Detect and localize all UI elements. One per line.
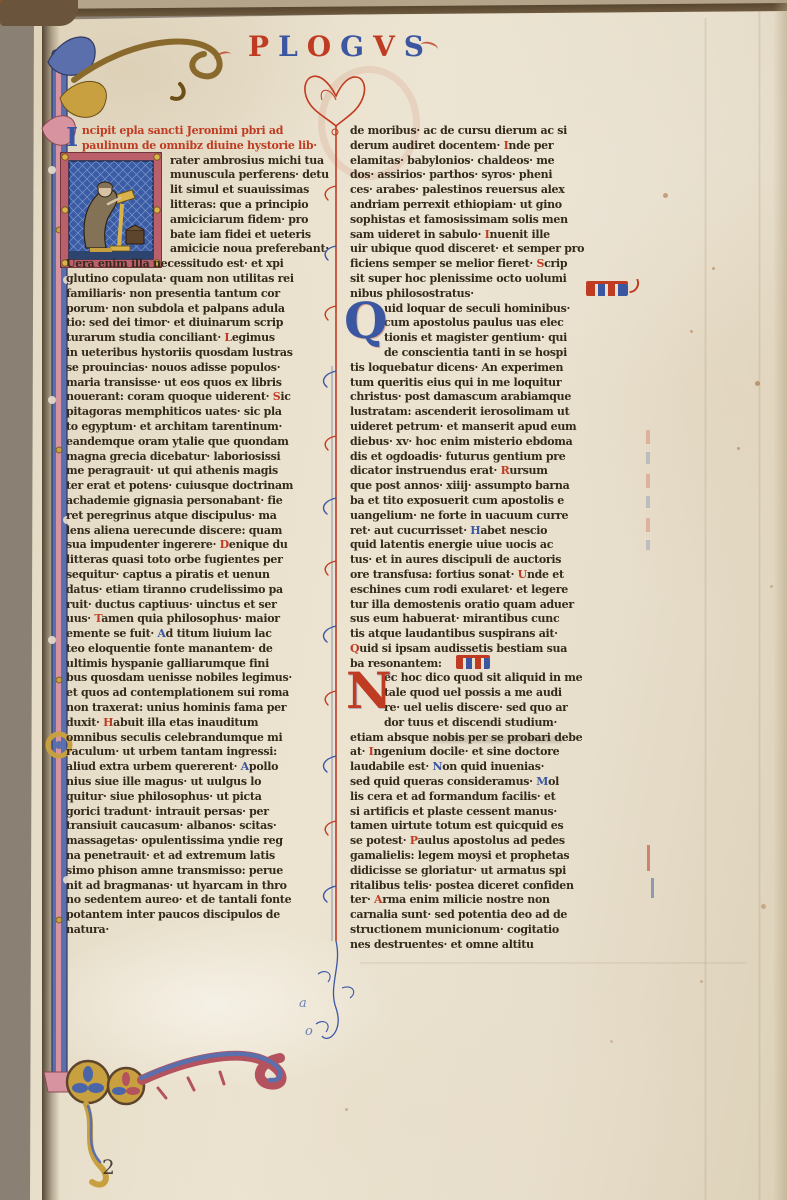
text-line: dos· assirios· parthos· syros· pheni bbox=[350, 168, 646, 183]
text-segment: sam uideret in sabulo· bbox=[350, 228, 485, 241]
text-segment: elamitas· babylonios· chaldeos· me bbox=[350, 154, 554, 167]
text-segment: quid latentis energie uiue uocis ac bbox=[350, 538, 553, 551]
text-segment: de conscientia tanti in se hospi bbox=[384, 346, 567, 359]
text-segment: nes destruentes· et omne altitu bbox=[350, 938, 534, 951]
text-line: elamitas· babylonios· chaldeos· me bbox=[350, 154, 646, 169]
text-segment: lit simul et suauissimas bbox=[170, 183, 309, 196]
text-segment: cum apostolus paulus uas elec bbox=[384, 316, 563, 329]
paragraph-mark bbox=[456, 658, 490, 669]
text-line: ret· aut cucurrisset· Habet nescio bbox=[350, 524, 646, 539]
text-segment: at· bbox=[350, 745, 369, 758]
vertical-crease bbox=[758, 8, 761, 1200]
text-segment: ter erat et potens· cuiusque doctrinam bbox=[66, 479, 293, 492]
text-line: achademie gignasia personabant· fie bbox=[66, 494, 352, 509]
text-line: et quos ad contemplationem sui roma bbox=[66, 686, 352, 701]
text-line: uus· Tamen quia philosophus· maior bbox=[66, 612, 352, 627]
text-line: rater ambrosius michi tua bbox=[66, 154, 352, 169]
text-line: derum audiret docentem· Inde per bbox=[350, 139, 646, 154]
text-line: lis cera et ad formandum facilis· et bbox=[350, 790, 646, 805]
text-segment: amiciciarum fidem· pro bbox=[170, 213, 308, 226]
text-line: laudabile est· Non quid inuenias· bbox=[350, 760, 646, 775]
text-segment: ficiens semper se melior fieret· bbox=[350, 257, 536, 270]
text-segment: teo eloquentie fonte manantem· de bbox=[66, 642, 273, 655]
text-segment: se prouincias· nouos adisse populos· bbox=[66, 361, 280, 374]
text-segment: aliud extra urbem quererent· bbox=[66, 760, 241, 773]
initial-q: Q bbox=[344, 296, 388, 346]
text-segment: abuit illa etas inauditum bbox=[113, 716, 258, 729]
text-segment: tis loquebatur dicens· An experimen bbox=[350, 361, 563, 374]
text-line: uangelium· ne forte in uacuum curre bbox=[350, 509, 646, 524]
text-segment: structionem municionum· cogitatio bbox=[350, 923, 559, 936]
text-line: uideret petrum· et manserit apud eum bbox=[350, 420, 646, 435]
text-line: at· Ingenium docile· et sine doctore bbox=[350, 745, 646, 760]
text-segment: in ueteribus hystoriis quosdam lustras bbox=[66, 346, 293, 359]
text-segment: glutino copulata· quam non utilitas rei bbox=[66, 272, 294, 285]
text-line: structionem municionum· cogitatio bbox=[350, 923, 646, 938]
text-segment: abet nescio bbox=[480, 524, 547, 537]
text-line: na penetrauit· et ad extremum latis bbox=[66, 849, 352, 864]
text-segment: litteras quasi toto orbe fugientes per bbox=[66, 553, 283, 566]
folio-number: 2 bbox=[102, 1155, 115, 1179]
text-segment: N bbox=[432, 760, 442, 773]
text-line: de moribus· ac de cursu dierum ac si bbox=[350, 124, 646, 139]
text-segment: pollo bbox=[249, 760, 278, 773]
text-segment: sequitur· captus a piratis et uenun bbox=[66, 568, 270, 581]
text-segment: se potest· bbox=[350, 834, 410, 847]
title-letter: V bbox=[373, 30, 404, 63]
text-segment: turarum studia conciliant· bbox=[66, 331, 224, 344]
text-line: sophistas et famosissimam solis men bbox=[350, 213, 646, 228]
text-line: re· uel uelis discere· sed quo ar bbox=[350, 701, 646, 716]
text-line: lustratam: ascenderit ierosolimam ut bbox=[350, 405, 646, 420]
text-line: se prouincias· nouos adisse populos· bbox=[66, 361, 352, 376]
text-segment: rater ambrosius michi tua bbox=[170, 154, 324, 167]
text-line: tis loquebatur dicens· An experimen bbox=[350, 361, 646, 376]
text-segment: ritalibus telis· postea diceret confiden bbox=[350, 879, 574, 892]
text-line: bus quosdam uenisse nobiles legimus· bbox=[66, 671, 352, 686]
text-segment: carnalia sunt· sed potentia deo ad de bbox=[350, 908, 567, 921]
manuscript-photo: PLOGVS bbox=[0, 0, 787, 1200]
text-segment: christus· post damascum arabiamque bbox=[350, 390, 571, 403]
text-segment: re· uel uelis discere· sed quo ar bbox=[384, 701, 568, 714]
text-line: quid latentis energie uiue uocis ac bbox=[350, 538, 646, 553]
text-segment: transiuit caucasum· albanos· scitas· bbox=[66, 819, 276, 832]
text-segment: ore transfusa: fortius sonat· bbox=[350, 568, 518, 581]
text-segment: bate iam fidei et ueteris bbox=[170, 228, 311, 241]
text-segment: sed quid queras consideramus· bbox=[350, 775, 536, 788]
text-line: cum apostolus paulus uas elec bbox=[350, 316, 646, 331]
text-line: no sedentem aureo· et de tantali fonte bbox=[66, 893, 352, 908]
text-line: paulinum de omnibz diuine hystorie lib· bbox=[66, 139, 352, 154]
text-line: andriam perrexit ethiopiam· ut gino bbox=[350, 198, 646, 213]
text-segment: potantem inter paucos discipulos de bbox=[66, 908, 280, 921]
text-line: ret peregrinus atque discipulus· ma bbox=[66, 509, 352, 524]
text-segment: nit ad bragmanas· ut hyarcam in thro bbox=[66, 879, 287, 892]
paragraph-mark bbox=[586, 284, 628, 296]
text-line: omnibus seculis celebrandumque mi bbox=[66, 731, 352, 746]
text-segment: nuenit ille bbox=[490, 228, 550, 241]
text-line: turarum studia conciliant· Legimus bbox=[66, 331, 352, 346]
text-segment: gamalielis: legem moysi et prophetas bbox=[350, 849, 569, 862]
text-segment: rma enim milicie nostre non bbox=[382, 893, 549, 906]
text-segment: ec hoc dico quod sit aliquid in me bbox=[384, 671, 582, 684]
text-segment: porum· non subdola et palpans adula bbox=[66, 302, 285, 315]
text-segment: lis cera et ad formandum facilis· et bbox=[350, 790, 555, 803]
vertical-crease bbox=[704, 18, 707, 1200]
text-line: non traxerat: unius hominis fama per bbox=[66, 701, 352, 716]
text-segment: I bbox=[66, 126, 78, 150]
text-line: sed quid queras consideramus· Mol bbox=[350, 775, 646, 790]
text-segment: eandemque oram ytalie que quondam bbox=[66, 435, 289, 448]
text-segment: duxit· bbox=[66, 716, 103, 729]
text-segment: tum queritis eius qui in me loquitur bbox=[350, 376, 561, 389]
text-segment: etiam absque nobis per se probari debe bbox=[350, 731, 582, 744]
text-segment: dis et ogdoadis· futurus gentium pre bbox=[350, 450, 565, 463]
text-segment: tionis et magister gentium· qui bbox=[384, 331, 567, 344]
text-line: tur illa demostenis oratio quam aduer bbox=[350, 598, 646, 613]
text-line: christus· post damascum arabiamque bbox=[350, 390, 646, 405]
text-segment: ces· arabes· palestinos reuersus alex bbox=[350, 183, 565, 196]
text-segment: ruit· ductus captiuus· uinctus et ser bbox=[66, 598, 277, 611]
text-line: lit simul et suauissimas bbox=[66, 183, 352, 198]
text-segment: nde per bbox=[508, 139, 553, 152]
text-segment: A bbox=[241, 760, 249, 773]
text-line: datus· etiam tiranno crudelissimo pa bbox=[66, 583, 352, 598]
text-line: nit ad bragmanas· ut hyarcam in thro bbox=[66, 879, 352, 894]
text-segment: uid si ipsam audissetis bestiam sua bbox=[359, 642, 567, 655]
text-segment: andriam perrexit ethiopiam· ut gino bbox=[350, 198, 562, 211]
text-line: maria transisse· ut eos quos ex libris bbox=[66, 376, 352, 391]
text-line: bate iam fidei et ueteris bbox=[66, 228, 352, 243]
text-segment: H bbox=[470, 524, 480, 537]
text-line: ultimis hyspanie galliarumque fini bbox=[66, 657, 352, 672]
text-segment: to egyptum· et architam tarentinum· bbox=[66, 420, 282, 433]
text-segment: nouerant: coram quoque uiderent· bbox=[66, 390, 273, 403]
text-segment: laudabile est· bbox=[350, 760, 432, 773]
text-line: se potest· Paulus apostolus ad pedes bbox=[350, 834, 646, 849]
text-line: me peragrauit· ut qui athenis magis bbox=[66, 464, 352, 479]
text-line: ba et tito exposuerit cum apostolis e bbox=[350, 494, 646, 509]
text-segment: lens aliena uerecunde discere: quam bbox=[66, 524, 282, 537]
text-segment: uir ubique quod disceret· et semper pro bbox=[350, 242, 584, 255]
initial-n: N bbox=[346, 666, 392, 716]
text-line: lens aliena uerecunde discere: quam bbox=[66, 524, 352, 539]
text-segment: litteras: que a principio bbox=[170, 198, 308, 211]
text-line: ter· Arma enim milicie nostre non bbox=[350, 893, 646, 908]
text-segment: amicicie noua preferebant· bbox=[170, 242, 329, 255]
text-line: gamalielis: legem moysi et prophetas bbox=[350, 849, 646, 864]
text-segment: ret peregrinus atque discipulus· ma bbox=[66, 509, 277, 522]
text-segment: tis atque laudantibus suspirans ait· bbox=[350, 627, 558, 640]
text-line: tis atque laudantibus suspirans ait· bbox=[350, 627, 646, 642]
text-segment: massagetas· opulentissima yndie reg bbox=[66, 834, 283, 847]
text-segment: S bbox=[536, 257, 544, 270]
text-segment: ngenium docile· et sine doctore bbox=[374, 745, 560, 758]
text-line: carnalia sunt· sed potentia deo ad de bbox=[350, 908, 646, 923]
text-line: natura· bbox=[66, 923, 352, 938]
text-line: ba resonantem: bbox=[350, 657, 646, 672]
text-line: Quid si ipsam audissetis bestiam sua bbox=[350, 642, 646, 657]
text-line: amiciciarum fidem· pro bbox=[66, 213, 352, 228]
text-line: si artificis et plaste cessent manus· bbox=[350, 805, 646, 820]
text-segment: d titum liuium lac bbox=[166, 627, 272, 640]
text-segment: ic bbox=[280, 390, 290, 403]
text-segment: non traxerat: unius hominis fama per bbox=[66, 701, 286, 714]
text-segment: eschines cum rodi exularet· et legere bbox=[350, 583, 568, 596]
text-segment: munuscula perferens· detu bbox=[170, 168, 329, 181]
text-segment: L bbox=[224, 331, 231, 344]
text-line: amicicie noua preferebant· bbox=[66, 242, 352, 257]
text-segment: nde et bbox=[527, 568, 564, 581]
text-line: uir ubique quod disceret· et semper pro bbox=[350, 242, 646, 257]
text-segment: no sedentem aureo· et de tantali fonte bbox=[66, 893, 291, 906]
page-right-edge bbox=[773, 0, 787, 1200]
text-line: sus eum habuerat· mirantibus cunc bbox=[350, 612, 646, 627]
text-line: aliud extra urbem quererent· Apollo bbox=[66, 760, 352, 775]
text-line: Uera enim illa necessitudo est· et xpi bbox=[66, 257, 352, 272]
text-line: nouerant: coram quoque uiderent· Sic bbox=[66, 390, 352, 405]
text-segment: achademie gignasia personabant· fie bbox=[66, 494, 282, 507]
text-line: eandemque oram ytalie que quondam bbox=[66, 435, 352, 450]
text-segment: paulinum de omnibz diuine hystorie lib· bbox=[82, 139, 317, 152]
text-line: ficiens semper se melior fieret· Scrip bbox=[350, 257, 646, 272]
text-line: tus· et in aures discipuli de auctoris bbox=[350, 553, 646, 568]
text-line: diebus· xv· hoc enim misterio ebdoma bbox=[350, 435, 646, 450]
text-line: teo eloquentie fonte manantem· de bbox=[66, 642, 352, 657]
text-line: tale quod uel possis a me audi bbox=[350, 686, 646, 701]
text-segment: ter· bbox=[350, 893, 374, 906]
text-segment: pitagoras memphiticos uates· sic pla bbox=[66, 405, 282, 418]
text-segment: si artificis et plaste cessent manus· bbox=[350, 805, 557, 818]
text-segment: dos· assirios· parthos· syros· pheni bbox=[350, 168, 552, 181]
text-segment: dicator instruendus erat· bbox=[350, 464, 501, 477]
text-line: ter erat et potens· cuiusque doctrinam bbox=[66, 479, 352, 494]
text-segment: uideret petrum· et manserit apud eum bbox=[350, 420, 576, 433]
text-line: didicisse se gloriatur· ut armatus spi bbox=[350, 864, 646, 879]
text-segment: tur illa demostenis oratio quam aduer bbox=[350, 598, 574, 611]
text-segment: aulus apostolus ad pedes bbox=[417, 834, 564, 847]
horizontal-crease bbox=[360, 962, 747, 965]
text-segment: H bbox=[103, 716, 113, 729]
text-line: munuscula perferens· detu bbox=[66, 168, 352, 183]
text-line: ces· arabes· palestinos reuersus alex bbox=[350, 183, 646, 198]
left-column: Incipit epla sancti Jeronimi pbri adpaul… bbox=[66, 124, 352, 938]
text-line: ec hoc dico quod sit aliquid in me bbox=[350, 671, 646, 686]
text-segment: Q bbox=[350, 642, 359, 655]
text-line: sequitur· captus a piratis et uenun bbox=[66, 568, 352, 583]
text-line: potantem inter paucos discipulos de bbox=[66, 908, 352, 923]
text-segment: lustratam: ascenderit ierosolimam ut bbox=[350, 405, 569, 418]
margin-mark-red bbox=[647, 845, 650, 871]
text-segment: emente se fuit· bbox=[66, 627, 157, 640]
text-segment: tio: sed dei timor· et diuinarum scrip bbox=[66, 316, 283, 329]
text-segment: na penetrauit· et ad extremum latis bbox=[66, 849, 275, 862]
text-segment: bus quosdam uenisse nobiles legimus· bbox=[66, 671, 292, 684]
text-line: duxit· Habuit illa etas inauditum bbox=[66, 716, 352, 731]
text-line: litteras: que a principio bbox=[66, 198, 352, 213]
text-line: uid loquar de seculi hominibus· bbox=[350, 302, 646, 317]
text-line: nes destruentes· et omne altitu bbox=[350, 938, 646, 953]
pen-trial-letter: o bbox=[305, 1024, 313, 1039]
text-line: emente se fuit· Ad titum liuium lac bbox=[66, 627, 352, 642]
text-line: litteras quasi toto orbe fugientes per bbox=[66, 553, 352, 568]
text-segment: M bbox=[536, 775, 548, 788]
text-line: tionis et magister gentium· qui bbox=[350, 331, 646, 346]
text-segment: omnibus seculis celebrandumque mi bbox=[66, 731, 282, 744]
text-segment: maria transisse· ut eos quos ex libris bbox=[66, 376, 282, 389]
text-segment: dor tuus et discendi studium· bbox=[384, 716, 557, 729]
text-line: sua impudenter ingerere· Denique du bbox=[66, 538, 352, 553]
text-segment: enique du bbox=[229, 538, 288, 551]
text-line: dicator instruendus erat· Rursum bbox=[350, 464, 646, 479]
text-segment: uus· bbox=[66, 612, 94, 625]
text-segment: on quid inuenias· bbox=[442, 760, 544, 773]
text-segment: raculum· ut urbem tantam ingressi: bbox=[66, 745, 277, 758]
text-segment: quitur· siue philosophus· ut picta bbox=[66, 790, 262, 803]
text-line: de conscientia tanti in se hospi bbox=[350, 346, 646, 361]
text-line: familiaris· non presentia tantum cor bbox=[66, 287, 352, 302]
text-line: transiuit caucasum· albanos· scitas· bbox=[66, 819, 352, 834]
text-line: massagetas· opulentissima yndie reg bbox=[66, 834, 352, 849]
text-line: magna grecia dicebatur· laboriosissi bbox=[66, 450, 352, 465]
text-segment: didicisse se gloriatur· ut armatus spi bbox=[350, 864, 566, 877]
text-segment: ultimis hyspanie galliarumque fini bbox=[66, 657, 269, 670]
text-line: tio: sed dei timor· et diuinarum scrip bbox=[66, 316, 352, 331]
text-line: ruit· ductus captiuus· uinctus et ser bbox=[66, 598, 352, 613]
show-through-marks bbox=[646, 430, 650, 550]
text-segment: ba et tito exposuerit cum apostolis e bbox=[350, 494, 564, 507]
text-segment: sus eum habuerat· mirantibus cunc bbox=[350, 612, 559, 625]
right-column: de moribus· ac de cursu dierum ac sideru… bbox=[350, 124, 646, 953]
text-line: ritalibus telis· postea diceret confiden bbox=[350, 879, 646, 894]
text-line: nius siue ille magus· ut uulgus lo bbox=[66, 775, 352, 790]
text-segment: datus· etiam tiranno crudelissimo pa bbox=[66, 583, 283, 596]
text-line: ore transfusa: fortius sonat· Unde et bbox=[350, 568, 646, 583]
text-line: simo phison amne transmisso: perue bbox=[66, 864, 352, 879]
text-segment: sophistas et famosissimam solis men bbox=[350, 213, 568, 226]
text-line: Incipit epla sancti Jeronimi pbri ad bbox=[66, 124, 352, 139]
text-segment: me peragrauit· ut qui athenis magis bbox=[66, 464, 278, 477]
text-segment: magna grecia dicebatur· laboriosissi bbox=[66, 450, 280, 463]
margin-mark-blue bbox=[651, 878, 654, 898]
text-line: tum queritis eius qui in me loquitur bbox=[350, 376, 646, 391]
text-segment: ret· aut cucurrisset· bbox=[350, 524, 470, 537]
text-segment: amen quia philosophus· maior bbox=[101, 612, 280, 625]
text-segment: diebus· xv· hoc enim misterio ebdoma bbox=[350, 435, 572, 448]
text-line: raculum· ut urbem tantam ingressi: bbox=[66, 745, 352, 760]
text-segment: et quos ad contemplationem sui roma bbox=[66, 686, 289, 699]
text-line: in ueteribus hystoriis quosdam lustras bbox=[66, 346, 352, 361]
text-line: gorici tradunt· intrauit persas· per bbox=[66, 805, 352, 820]
text-line: pitagoras memphiticos uates· sic pla bbox=[66, 405, 352, 420]
text-segment: gorici tradunt· intrauit persas· per bbox=[66, 805, 269, 818]
text-segment: uid loquar de seculi hominibus· bbox=[384, 302, 570, 315]
text-segment: crip bbox=[544, 257, 567, 270]
text-segment: tus· et in aures discipuli de auctoris bbox=[350, 553, 561, 566]
text-segment: que post annos· xiiij· assumpto barna bbox=[350, 479, 569, 492]
text-line: tamen uirtute totum est quicquid es bbox=[350, 819, 646, 834]
text-segment: tale quod uel possis a me audi bbox=[384, 686, 562, 699]
text-segment: nius siue ille magus· ut uulgus lo bbox=[66, 775, 261, 788]
text-segment: A bbox=[157, 627, 165, 640]
text-line: eschines cum rodi exularet· et legere bbox=[350, 583, 646, 598]
text-segment: egimus bbox=[232, 331, 275, 344]
text-segment: familiaris· non presentia tantum cor bbox=[66, 287, 280, 300]
text-segment: sit super hoc plenissime octo uolumi bbox=[350, 272, 567, 285]
pen-trial-letter: a bbox=[299, 996, 307, 1011]
text-segment: uangelium· ne forte in uacuum curre bbox=[350, 509, 568, 522]
text-line: que post annos· xiiij· assumpto barna bbox=[350, 479, 646, 494]
text-segment: natura· bbox=[66, 923, 109, 936]
text-segment: Uera enim illa necessitudo est· et xpi bbox=[66, 257, 284, 270]
text-line: sam uideret in sabulo· Inuenit ille bbox=[350, 228, 646, 243]
text-line: quitur· siue philosophus· ut picta bbox=[66, 790, 352, 805]
foxing-spots bbox=[0, 0, 3, 3]
text-segment: derum audiret docentem· bbox=[350, 139, 504, 152]
text-line: dor tuus et discendi studium· bbox=[350, 716, 646, 731]
text-segment: ncipit epla sancti Jeronimi pbri ad bbox=[82, 124, 283, 137]
text-segment: simo phison amne transmisso: perue bbox=[66, 864, 283, 877]
text-line: porum· non subdola et palpans adula bbox=[66, 302, 352, 317]
text-line: etiam absque nobis per se probari debe bbox=[350, 731, 646, 746]
text-segment: sua impudenter ingerere· bbox=[66, 538, 220, 551]
text-line: dis et ogdoadis· futurus gentium pre bbox=[350, 450, 646, 465]
text-segment: U bbox=[518, 568, 527, 581]
text-segment: ol bbox=[548, 775, 559, 788]
text-line: glutino copulata· quam non utilitas rei bbox=[66, 272, 352, 287]
text-line: to egyptum· et architam tarentinum· bbox=[66, 420, 352, 435]
text-segment: ursum bbox=[509, 464, 547, 477]
text-segment: D bbox=[220, 538, 229, 551]
text-segment: tamen uirtute totum est quicquid es bbox=[350, 819, 563, 832]
text-segment: de moribus· ac de cursu dierum ac si bbox=[350, 124, 567, 137]
